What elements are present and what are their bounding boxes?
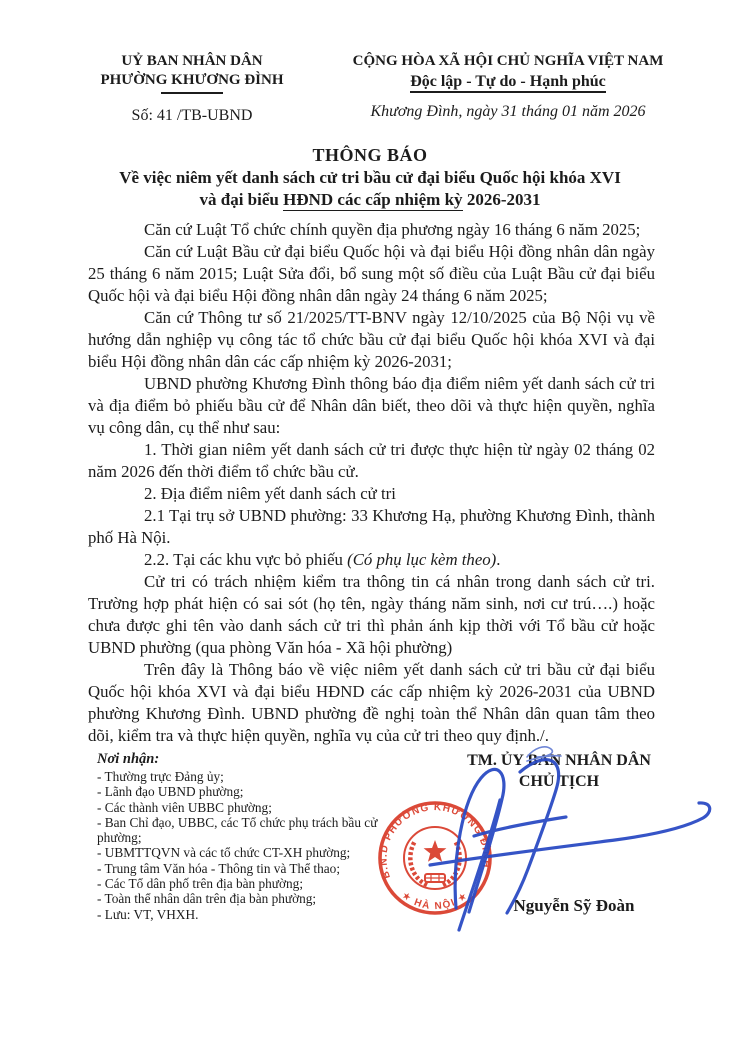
- national-title: CỘNG HÒA XÃ HỘI CHỦ NGHĨA VIỆT NAM: [334, 52, 682, 71]
- recipient-item: - UBMTTQVN và các tổ chức CT-XH phường;: [97, 845, 409, 860]
- signature-on-behalf: TM. ỦY BAN NHÂN DÂN: [394, 750, 724, 771]
- document-subtitle-line1: Về việc niêm yết danh sách cử tri bầu cử…: [0, 167, 740, 189]
- recipient-item: - Lưu: VT, VHXH.: [97, 907, 409, 922]
- paragraph-legal-basis-3: Căn cứ Thông tư số 21/2025/TT-BNV ngày 1…: [88, 307, 655, 373]
- signature-block: TM. ỦY BAN NHÂN DÂN CHỦ TỊCH Nguyễn Sỹ Đ…: [394, 750, 724, 922]
- subtitle-prefix: và đại biểu: [200, 190, 284, 209]
- subtitle-underlined: HĐND các cấp nhiệm kỳ: [283, 190, 462, 211]
- paragraph-voter-duty: Cử tri có trách nhiệm kiểm tra thông tin…: [88, 571, 655, 659]
- document-body: Căn cứ Luật Tổ chức chính quyền địa phươ…: [88, 219, 655, 747]
- recipient-item: - Các thành viên UBBC phường;: [97, 800, 409, 815]
- paragraph-location-heading: 2. Địa điểm niêm yết danh sách cử tri: [88, 483, 655, 505]
- national-motto-text: Độc lập - Tự do - Hạnh phúc: [410, 73, 606, 93]
- recipients-block: Nơi nhận: - Thường trực Đảng ủy; - Lãnh …: [97, 750, 409, 922]
- org-name-underline: [161, 92, 223, 94]
- document-footer: Nơi nhận: - Thường trực Đảng ủy; - Lãnh …: [0, 750, 740, 922]
- annex-suffix: .: [496, 550, 500, 569]
- paragraph-location-hq: 2.1 Tại trụ sở UBND phường: 33 Khương Hạ…: [88, 505, 655, 549]
- signer-title: CHỦ TỊCH: [394, 771, 724, 792]
- recipient-item: - Ban Chỉ đạo, UBBC, các Tổ chức phụ trá…: [97, 815, 409, 846]
- recipient-item: - Lãnh đạo UBND phường;: [97, 784, 409, 799]
- document-page: UỶ BAN NHÂN DÂN PHƯỜNG KHƯƠNG ĐÌNH Số: 4…: [0, 0, 740, 1046]
- document-header: UỶ BAN NHÂN DÂN PHƯỜNG KHƯƠNG ĐÌNH Số: 4…: [0, 52, 740, 125]
- paragraph-closing: Trên đây là Thông báo về việc niêm yết d…: [88, 659, 655, 747]
- issuing-org-name: PHƯỜNG KHƯƠNG ĐÌNH: [76, 71, 308, 90]
- issuing-org-parent: UỶ BAN NHÂN DÂN: [76, 52, 308, 71]
- signer-name: Nguyễn Sỹ Đoàn: [394, 896, 724, 916]
- annex-prefix: 2.2. Tại các khu vực bỏ phiếu: [144, 550, 347, 569]
- paragraph-legal-basis-1: Căn cứ Luật Tổ chức chính quyền địa phươ…: [88, 219, 655, 241]
- paragraph-legal-basis-2: Căn cứ Luật Bầu cử đại biểu Quốc hội và …: [88, 241, 655, 307]
- paragraph-time: 1. Thời gian niêm yết danh sách cử tri đ…: [88, 439, 655, 483]
- subtitle-suffix: 2026-2031: [463, 190, 541, 209]
- recipient-item: - Các Tổ dân phố trên địa bàn phường;: [97, 876, 409, 891]
- annex-italic-note: (Có phụ lục kèm theo): [347, 550, 496, 569]
- document-number: Số: 41 /TB-UBND: [76, 107, 308, 125]
- paragraph-location-annex: 2.2. Tại các khu vực bỏ phiếu (Có phụ lụ…: [88, 549, 655, 571]
- national-motto-block: CỘNG HÒA XÃ HỘI CHỦ NGHĨA VIỆT NAM Độc l…: [334, 52, 682, 125]
- paragraph-announcement: UBND phường Khương Đình thông báo địa đi…: [88, 373, 655, 439]
- national-motto: Độc lập - Tự do - Hạnh phúc: [334, 73, 682, 91]
- issuing-authority-block: UỶ BAN NHÂN DÂN PHƯỜNG KHƯƠNG ĐÌNH Số: 4…: [76, 52, 308, 125]
- place-date-line: Khương Đình, ngày 31 tháng 01 năm 2026: [334, 103, 682, 121]
- title-block: THÔNG BÁO Về việc niêm yết danh sách cử …: [0, 143, 740, 211]
- recipient-item: - Thường trực Đảng ủy;: [97, 769, 409, 784]
- recipient-item: - Trung tâm Văn hóa - Thông tin và Thể t…: [97, 861, 409, 876]
- recipient-item: - Toàn thể nhân dân trên địa bàn phường;: [97, 891, 409, 906]
- recipients-label: Nơi nhận:: [97, 750, 409, 769]
- document-subtitle-line2: và đại biểu HĐND các cấp nhiệm kỳ 2026-2…: [0, 189, 740, 211]
- document-title: THÔNG BÁO: [0, 143, 740, 167]
